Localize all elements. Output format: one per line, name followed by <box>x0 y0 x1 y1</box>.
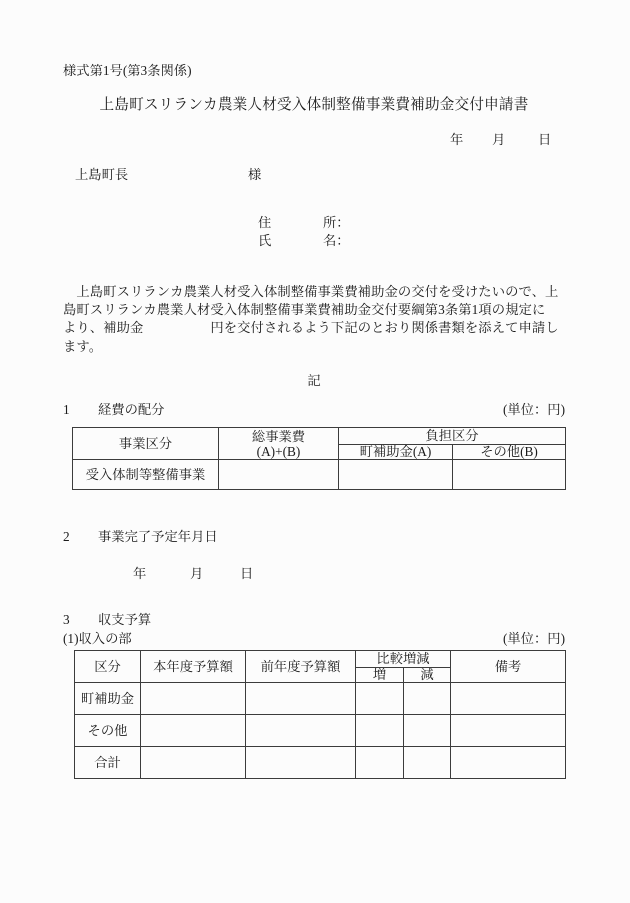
completion-year-label: 年 <box>133 567 146 580</box>
completion-day-label: 日 <box>240 567 253 580</box>
record-mark: 記 <box>63 374 565 387</box>
section1-number: 1 <box>63 403 98 416</box>
t2-header-remarks: 備考 <box>451 651 566 683</box>
t1-header-town-subsidy: 町補助金(A) <box>339 445 453 460</box>
section1-title: 経費の配分 <box>98 402 164 417</box>
t1-row-category: 受入体制等整備事業 <box>73 460 219 490</box>
t2-header-previous: 前年度予算額 <box>246 651 356 683</box>
date-header-line: 年 月 日 <box>0 133 630 148</box>
t2-header-comparison: 比較増減 <box>356 651 451 668</box>
t1-row-town-cell <box>339 460 453 490</box>
t2-row2-category: その他 <box>75 715 141 747</box>
t2-header-decrease: 減 <box>404 668 451 683</box>
t2-header-increase: 増 <box>356 668 404 683</box>
t2-row2-increase <box>356 715 404 747</box>
addressee-honorific: 様 <box>248 168 261 181</box>
t2-row2-remarks <box>451 715 566 747</box>
body-line-3: より、補助金 円を交付されるよう下記のとおり関係書類を添えて申請し <box>63 319 567 337</box>
address-label-left: 住 <box>258 216 271 229</box>
t2-row3-remarks <box>451 747 566 779</box>
t2-row2-decrease <box>404 715 451 747</box>
t2-header-category: 区分 <box>75 651 141 683</box>
t1-header-total-line1: 総事業費 <box>219 429 338 444</box>
section2-heading: 2事業完了予定年月日 <box>63 530 218 543</box>
table-row: 町補助金 <box>75 683 566 715</box>
t2-row1-decrease <box>404 683 451 715</box>
t2-row3-previous <box>246 747 356 779</box>
t2-header-current: 本年度予算額 <box>141 651 246 683</box>
body-paragraph: 上島町スリランカ農業人材受入体制整備事業費補助金の交付を受けたいので、上 島町ス… <box>63 283 567 356</box>
t1-header-total: 総事業費 (A)+(B) <box>219 428 339 460</box>
section2-title: 事業完了予定年月日 <box>98 529 218 544</box>
address-label-right: 所： <box>323 216 350 229</box>
section3-number: 3 <box>63 613 98 626</box>
t2-row1-remarks <box>451 683 566 715</box>
t1-header-burden: 負担区分 <box>339 428 566 445</box>
t2-row2-previous <box>246 715 356 747</box>
applicant-address-line: 住 所： <box>0 216 630 231</box>
body-line-4: ます。 <box>63 338 567 356</box>
section3-heading: 3収支予算 <box>63 613 151 626</box>
t1-row-other-cell <box>453 460 566 490</box>
form-number: 様式第1号(第3条関係) <box>63 64 192 77</box>
t1-header-category: 事業区分 <box>73 428 219 460</box>
t2-row1-category: 町補助金 <box>75 683 141 715</box>
section3-title: 収支予算 <box>98 612 151 627</box>
t2-row3-decrease <box>404 747 451 779</box>
date-header-day-label: 日 <box>538 133 551 146</box>
applicant-name-line: 氏 名： <box>0 234 630 249</box>
t2-row1-increase <box>356 683 404 715</box>
income-budget-table: 区分 本年度予算額 前年度予算額 比較増減 備考 増 減 町補助金 その他 <box>74 650 566 779</box>
date-header-year-label: 年 <box>450 133 463 146</box>
t1-row-total-cell <box>219 460 339 490</box>
section3-unit-note: (単位：円) <box>503 632 565 645</box>
t2-row1-current <box>141 683 246 715</box>
section3-subheading: (1)収入の部 <box>63 632 132 645</box>
t2-row1-previous <box>246 683 356 715</box>
document-title: 上島町スリランカ農業人材受入体制整備事業費補助金交付申請書 <box>63 98 565 113</box>
addressee-line: 上島町長 様 <box>0 168 630 183</box>
table-row: 合計 <box>75 747 566 779</box>
body-line-1: 上島町スリランカ農業人材受入体制整備事業費補助金の交付を受けたいので、上 <box>63 283 567 301</box>
t2-row3-category: 合計 <box>75 747 141 779</box>
t2-row2-current <box>141 715 246 747</box>
name-label-left: 氏 <box>258 234 271 247</box>
body-line-2: 島町スリランカ農業人材受入体制整備事業費補助金交付要綱第3条第1項の規定に <box>63 301 567 319</box>
date-header-month-label: 月 <box>492 133 505 146</box>
name-label-right: 名： <box>323 234 350 247</box>
t1-header-other: その他(B) <box>453 445 566 460</box>
section2-number: 2 <box>63 530 98 543</box>
application-form-page: 様式第1号(第3条関係) 上島町スリランカ農業人材受入体制整備事業費補助金交付申… <box>0 0 630 903</box>
completion-date-line: 年 月 日 <box>0 567 630 582</box>
section1-heading: 1経費の配分 <box>63 403 164 416</box>
completion-month-label: 月 <box>190 567 203 580</box>
expense-allocation-table: 事業区分 総事業費 (A)+(B) 負担区分 町補助金(A) その他(B) 受入… <box>72 427 566 490</box>
section1-unit-note: (単位：円) <box>503 403 565 416</box>
addressee-name: 上島町長 <box>75 168 128 181</box>
t2-row3-current <box>141 747 246 779</box>
table-row: 受入体制等整備事業 <box>73 460 566 490</box>
table-row: その他 <box>75 715 566 747</box>
t2-row3-increase <box>356 747 404 779</box>
t1-header-total-line2: (A)+(B) <box>219 444 338 459</box>
